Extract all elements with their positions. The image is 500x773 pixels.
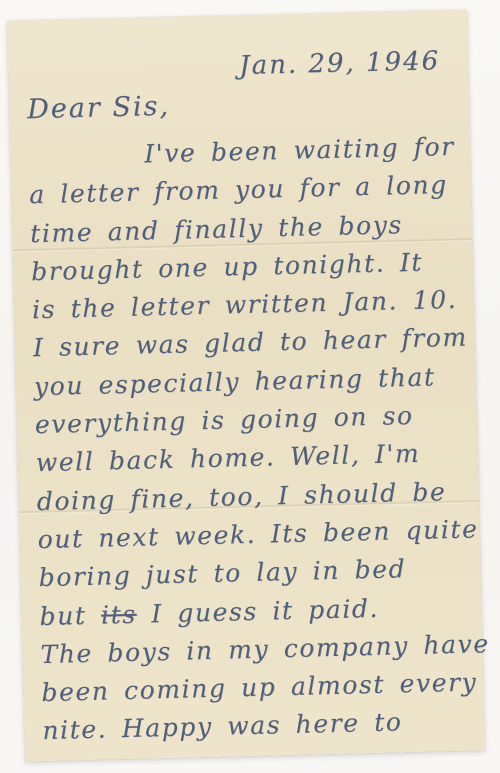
struck-word: its	[101, 599, 137, 629]
letter-body: I've been waiting for a letter from you …	[28, 132, 477, 755]
strike-line-after: I guess it paid.	[151, 593, 379, 628]
scan-background: Jan. 29, 1946 Dear Sis, I've been waitin…	[0, 0, 500, 773]
strike-line-before: but	[39, 601, 87, 631]
letter-page: Jan. 29, 1946 Dear Sis, I've been waitin…	[7, 9, 485, 761]
letter-date: Jan. 29, 1946	[239, 46, 441, 81]
salutation: Dear Sis,	[27, 91, 171, 125]
